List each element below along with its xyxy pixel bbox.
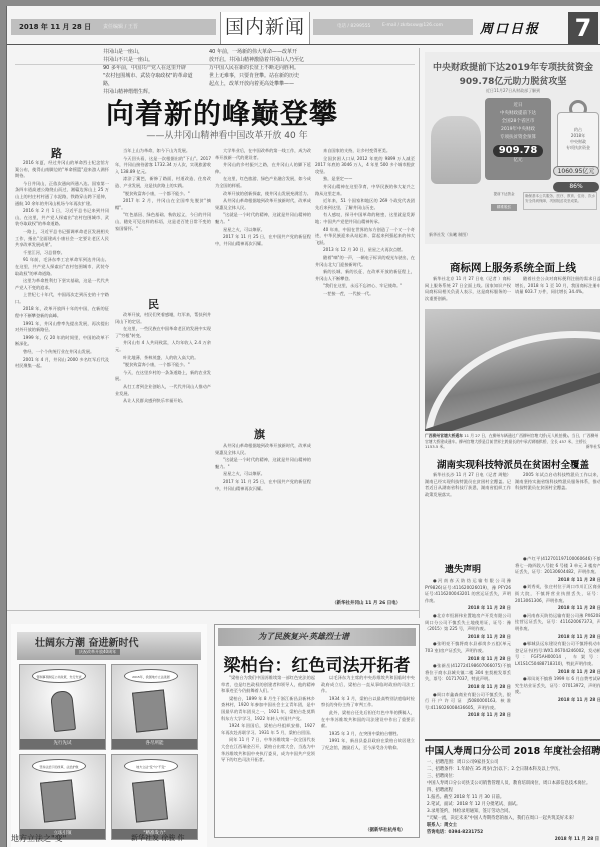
caption-title: 广西柳州官塘大桥通车 xyxy=(425,433,463,438)
notice-date: 2018 年 11 月 28 日 xyxy=(425,605,511,612)
paragraph: "这就是一个时代的精神，这就是井冈山精神的魅力。" xyxy=(215,212,311,225)
paragraph: 这里为革命胜利打下坚实基础，这是一代代共产党人不变的追求。 xyxy=(15,278,109,291)
recruitment-title: 中国人寿周口分公司 2018 年度社会招聘启事 xyxy=(425,743,600,757)
paragraph: 梁柏台，1899 年 8 月生于浙江新昌县新林乡查林村，1920 年参加中国社会… xyxy=(221,696,315,722)
side-line: 专项扶贫资金 xyxy=(558,145,598,151)
notices-column-2: ●卢红平(412701197100060646)不慎将七一路四段八号院 6 号楼… xyxy=(515,556,600,736)
notices-column-1: ●河南春天防伪运输有限公司豫 PY9826(证号:411620026019)，豫… xyxy=(425,578,511,736)
comic-banner: 壮阔东方潮 奋进新时代 庆祝改革开放40周年 xyxy=(17,632,201,660)
panel-caption: 各尽所能 xyxy=(112,739,197,749)
recruitment-line: 四、招聘流程 xyxy=(427,787,599,794)
paragraph: 随着社会公众对商标便利注册的需求日益增长，2018 年 1 至 10 月，我国商… xyxy=(515,276,600,296)
lead-line: 起点上，改革开放向着更高处攀攀—— xyxy=(209,80,309,88)
paragraph: 井冈山有 4 人共同致富，人均年收入 2.4 万余元。 xyxy=(115,340,211,353)
paragraph: "脱贫致富奔小康，一个都不能少。" xyxy=(115,362,211,369)
lead-line: 40 年前，一场新的伟大革命——改革开 xyxy=(209,48,309,56)
card-line: 专项扶贫资金预算 xyxy=(485,134,551,142)
paragraph: 此外，梁柏台还先后担任红色中华的撰稿人，在中华苏维埃共和国的司法建设中作出了重要… xyxy=(321,710,415,730)
notice-item: ●河南春天防伪运输有限公司豫 PY9826(证号:411620026019)，豫… xyxy=(425,578,511,604)
row-divider xyxy=(7,610,419,611)
paragraph: 近年来，51 个国家和地区的 269 个政党代表团先后来到这里，了解井冈山历史。 xyxy=(315,198,415,211)
law-book-icon xyxy=(132,779,168,822)
speech-bubble: 管制事项制定公共政策，先行先试 xyxy=(32,669,86,683)
section-head-flag: 旗 xyxy=(254,426,265,442)
stamp-icon xyxy=(50,690,76,732)
lead-paragraph-right: 40 年前，一场新的伟大革命——改革开 放开启。井冈山精神激励着井冈山人乃至亿 … xyxy=(209,48,309,88)
paragraph: 叶比地薄、茶林茂盛、人的收入高大的。 xyxy=(115,355,211,362)
paragraph: 1991 年，井冈山曾率先提出发展，再次提出对外开放的新路径。 xyxy=(15,321,109,334)
paragraph: 今天回头看，这是一次根据出的"下山"。2017 年，井冈山接待游客 1732.3… xyxy=(115,156,211,176)
paragraph: 91 年前，毛泽东率工农革命军到达井冈山。在这里，共产党人探索出"农村包围城市、… xyxy=(15,257,109,277)
infographic-note: 近日11月27日从财政部了解到 xyxy=(425,88,600,94)
paragraph: "这就是一个时代的精神，这就是井冈山精神的魅力。" xyxy=(215,457,311,470)
lead-line: 万中国人民在新的长征上不断走向胜利。 xyxy=(209,64,309,72)
comic-panel-3: 坚持法治下的改革，法治护航 立法引领 xyxy=(19,754,106,840)
paragraph: 2018 年，改革开放四十年的中国，在新的征程中不断攀登新的高峰。 xyxy=(15,306,109,319)
header-divider xyxy=(7,44,600,45)
amount-value: 909.78 xyxy=(493,145,544,157)
paragraph: 随着"嘀"的一声，一辆电子标识的观光车驶出，在井冈山北大门迎接新时代。 xyxy=(315,255,415,268)
recruitment-line: 2.笔试、面试：2018 年 12 月分批笔试、面试。 xyxy=(427,801,599,808)
paragraph: 曾经，一个个传统行业在井冈山发展。 xyxy=(15,349,109,356)
notice-date: 2018 年 11 月 28 日 xyxy=(515,577,600,584)
paragraph: "梁柏台为我们中国苏维埃第一部红色宪法的起草者，也是红色政权的创建者和领导人，他… xyxy=(221,675,315,695)
trademark-headline: 商标网上服务系统全面上线 xyxy=(425,260,600,275)
notice-date: 2018 年 11 月 28 日 xyxy=(425,656,511,663)
speech-bubble: 坚持法治下的改革，法治护航 xyxy=(32,759,86,773)
total-fund-pill: 1060.95亿元 xyxy=(553,166,599,176)
liang-baitai-article: 为了民族复兴·英雄烈士谱 梁柏台：红色司法开拓者 "梁柏台为我们中国苏维埃第一部… xyxy=(214,624,420,838)
advance-fund-label: 提前下达资金 xyxy=(489,192,519,197)
notice-item: ●周口市鑫森商业有限公司不慎丢失，银行开户许可证 J5080000163, 核准… xyxy=(425,692,511,712)
paragraph: 有人感叹，探寻中国革命的秘密，这里就是发源地；中国共产党把井冈山精神传承。 xyxy=(315,212,415,225)
paragraph: 在这里，一些民族在中国革命老区的发展中实现了"穷根"转变。 xyxy=(115,326,211,339)
paragraph: 2017 年 11 月 25 日，在中国共产党的新征程中，井冈山精神再次闪耀。 xyxy=(215,234,311,247)
lead-line: 放开启。井冈山精神激励着井冈山人乃至亿 xyxy=(209,56,309,64)
section-title: 国内新闻 xyxy=(220,12,310,44)
notice-item: ●张明亮不慎将商水县郝岗乡五组(单元 703 室)房产证丢失，声明作废。 xyxy=(425,641,511,654)
hunan-column-2: 2005 年试点启动科技特派员工作以来，湖南坚持实施省级科技特派员服务体系，推动… xyxy=(515,472,600,552)
card-line: 2019年中央财政 xyxy=(485,126,551,134)
recruitment-line: "天赋一流，决定未来"中国人寿期待您的加入，我们在周口一起共筑美好未来！ xyxy=(427,815,599,822)
paragraph: 2017 年 2 月，井冈山在全国率先脱贫"摘帽"。 xyxy=(115,198,211,211)
paragraph: 改革开放的创新探索，使井冈山发展充满活力。 xyxy=(215,191,311,198)
liang-banner: 为了民族复兴·英雄烈士谱 xyxy=(218,628,416,646)
paragraph: 同年 11 月 7 日，中华苏维埃第一次全国代表大会在江西瑞金召开，梁柏台出席大… xyxy=(221,737,315,763)
paragraph: 40 年来，中国在世界的东方创造了一个又一个奇迹，中华民族迎来从站起来、富起来到… xyxy=(315,227,415,247)
notice-date: 2018 年 11 月 28 日 xyxy=(515,634,600,641)
hunan-column-1: 新华社长沙 11 月 27 日电（记者 周勉）湖南已经实现科技特派员在贫困村全覆… xyxy=(425,472,511,552)
paragraph: 全国贫困人口从 2012 年底的 9899 万人减至 2017 年底的 3046… xyxy=(315,156,415,176)
infographic-subtitle: 909.78亿元助力脱贫攻坚 xyxy=(425,74,600,87)
article-byline: （新华社井冈山 11 月 26 日电） xyxy=(332,600,400,606)
infographic-title: 中央财政提前下达2019年专项扶贫资金 xyxy=(425,60,600,73)
section-head-people: 民 xyxy=(148,296,159,312)
column-divider xyxy=(419,48,420,618)
infographic-credit: 新华社发（朱曦 制图） xyxy=(429,232,470,238)
recruitment-line: 中国人寿周口分公司县支公司销售管理人员、教育培训岗位、周口本部信息技术岗位。 xyxy=(427,780,599,787)
recruitment-line: 二、招聘条件：1.年龄在 35 周岁(含)以下；2.全日制本科及以上学历。 xyxy=(427,766,599,773)
article-column-3: 大学毕业后，在中国改革的第一线工作，成为改革开放新一代的建设者。 井冈山的乡村振… xyxy=(215,148,311,423)
article-column-3b: 从井冈山革命根据地到改革开放新时代，改革成果惠及全体人民。 "这就是一个时代的精… xyxy=(215,443,311,613)
notice-item: ●郸城县远东建设有限公司不慎将机动车登记证书(档号:WX1.0670424600… xyxy=(515,641,600,667)
liang-byline: （据新华社杭州电） xyxy=(365,827,406,833)
precision-tag: 精准脱贫 xyxy=(491,204,517,211)
recruitment-line: 一、招聘范围：周口公司9家县支公司 xyxy=(427,759,599,766)
newspaper-logo: 周口日报 xyxy=(480,18,540,37)
law-book-icon xyxy=(132,689,168,732)
notice-item: ●刘秀英，张庄村位于周口市川汇区商业街大院，不慎将营业执照丢失，证号：20130… xyxy=(515,584,600,604)
article-column-4: 来自国家的支持，让乡村变得更美。 全国贫困人口从 2012 年底的 9899 万… xyxy=(315,148,415,598)
lead-line: 井冈山是一座山， xyxy=(103,48,198,56)
paragraph: 一路上，习近平总书记强调革命老区发展相关工作，指出"全面建成小康社会一定要让老区… xyxy=(15,229,109,249)
lead-frame-rule xyxy=(15,64,415,65)
paragraph: 漆涂了篱笆，新修了路面，村道改造、住房改造、产业发展，这是扶贫路上的实践。 xyxy=(115,176,211,189)
paragraph: 新华社长沙 11 月 27 日电（记者 周勉）湖南已经实现科技特派员在贫困村全覆… xyxy=(425,472,511,498)
notice-date: 2018 年 11 月 28 日 xyxy=(515,669,600,676)
speech-bubble: 地方立法"变"与"不变" xyxy=(124,759,178,773)
article-column-1: 2016 年夏，经过井冈山的革命烈士纪念馆方案公布，使得山南脚边的"革命摇篮"迎… xyxy=(15,160,109,615)
notice-date: 2018 年 11 月 28 日 xyxy=(515,605,600,612)
law-book-icon xyxy=(40,779,76,822)
lost-notice-title: 遗失声明 xyxy=(445,562,481,575)
infographic-main-card: 近日 中央财政提前下达 全国28个省区市 2019年中央财政 专项扶贫资金预算 … xyxy=(485,98,551,180)
paragraph: "红色基因、绿色基础、秋收起义，今日的井冈山，随处可见这样的标语，这是老百姓日常… xyxy=(115,212,211,232)
comic-credit: 新华社发 徐骏 作 xyxy=(131,833,184,843)
paragraph: 在这里，红色旅游、绿色产业融合发展，如今成为全国的样板。 xyxy=(215,176,311,189)
trademark-column-2: 随着社会公众对商标便利注册的需求日益增长，2018 年 1 至 10 月，我国商… xyxy=(515,276,600,308)
paragraph: 星星之火，可以燎原。 xyxy=(215,227,311,234)
liang-headline: 梁柏台：红色司法开拓者 xyxy=(215,651,419,676)
contact-email: E-mail / zkrbsxw@126.com xyxy=(382,23,443,28)
paragraph: 星星之火，可以燎原。 xyxy=(215,471,311,478)
paragraph: 大学毕业后，在中国改革的第一线工作，成为改革开放新一代的建设者。 xyxy=(215,148,311,161)
lead-line: 世上无难事，只要肯登攀。站在新的历史 xyxy=(209,72,309,80)
lead-line: "农村包围城市、武装夺取政权"的革命道路， xyxy=(103,72,198,88)
paragraph: "脱贫致富奔小康，一个都不能少。" xyxy=(115,191,211,198)
comic-panel-1: 管制事项制定公共政策，先行先试 先行先试 xyxy=(19,664,106,750)
page-header: 2018 年 11 月 28 日 责任编辑 / 王晋 国内新闻 电话 / 829… xyxy=(7,6,600,44)
main-headline: 向着新的峰巅登攀 xyxy=(97,92,347,132)
notice-item: ●河南春天防伪运输有限公司豫 PX6208 挂营运证丢失，证号：41162006… xyxy=(515,613,600,633)
paragraph: 2016 年夏，经过井冈山的革命烈士纪念馆方案公布，使得山南脚边的"革命摇篮"迎… xyxy=(15,160,109,180)
lead-line: 井冈山不只是一座山。 xyxy=(103,56,198,64)
infographic-footnote: 确保基本公共服务、医疗、教育、住房、饮水安全得到保障，巩固脱贫攻坚成果。 xyxy=(523,192,597,210)
paragraph: 从井冈山革命根据地到改革开放新时代，改革成果惠及全体人民。 xyxy=(215,198,311,211)
notice-item: ●邓凤英不慎将 1999 年 6 月自费考试研究生结业证丢失，证号：070139… xyxy=(515,676,600,696)
paragraph: 从让人民群众感到快乐幸福开始。 xyxy=(115,398,211,405)
comic-banner-subtitle: 庆祝改革开放40周年 xyxy=(75,649,120,655)
lead-line: 90 多年前，中国共产党人在这里开辟 xyxy=(103,64,198,72)
article-column-2a: 当年上山为革命，如今下山为发展。 今天回头看，这是一次根据出的"下山"。2017… xyxy=(115,148,211,291)
comic-panel-4: 地方立法"变"与"不变" "精准发力" xyxy=(111,754,198,840)
speech-bubble: 2015年，我国地方立法进展 xyxy=(124,669,178,683)
paragraph: 2017 年 11 月 25 日，在中国共产党的新征程中，井冈山精神再次闪耀。 xyxy=(215,479,311,492)
newspaper-page: 2018 年 11 月 28 日 责任编辑 / 王晋 国内新闻 电话 / 829… xyxy=(6,6,600,847)
infographic-side-card: 约占 2018年 中央财政 专项扶贫资金 xyxy=(557,112,599,170)
recruitment-contact: 联系人：周女士 xyxy=(427,822,599,829)
paragraph: 来自国家的支持，让乡村变得更美。 xyxy=(315,148,415,155)
recruitment-line: 3.录用签约，体检录用通知，签订劳动合同。 xyxy=(427,808,599,815)
paragraph: 井冈山精神在这里孕育，中华民族的伟大复兴之路从这里走来。 xyxy=(315,184,415,197)
page-number: 7 xyxy=(568,12,598,44)
contact-phone: 电话 / 8299555 xyxy=(337,23,370,29)
comic-strip: 壮阔东方潮 奋进新时代 庆祝改革开放40周年 管制事项制定公共政策，先行先试 先… xyxy=(11,624,207,847)
poverty-fund-infographic: 中央财政提前下达2019年专项扶贫资金 909.78亿元助力脱贫攻坚 近日11月… xyxy=(425,52,600,244)
paragraph: 当年上山为革命，如今下山为发展。 xyxy=(115,148,211,155)
paragraph: 一茬接一茬，一代接一代。 xyxy=(315,291,415,298)
comic-title: 地方立法之"变" xyxy=(11,833,66,844)
comic-banner-title: 壮阔东方潮 奋进新时代 xyxy=(35,634,138,649)
notice-item: ●北京市恒源伟业置地房产开发有限公司周口分公司不慎丢失土地使用证，证号：豫（20… xyxy=(425,613,511,633)
paragraph: 新的长城、新的长征、在改革开放的新征程上，井冈山人不断攀登。 xyxy=(315,269,415,282)
editor-credit: 责任编辑 / 王晋 xyxy=(103,23,138,30)
comic-panel-2: 2015年，我国地方立法进展 各尽所能 xyxy=(111,664,198,750)
notice-date: 2018 年 11 月 28 日 xyxy=(425,634,511,641)
percent-pill: 86% xyxy=(553,182,599,192)
bridge-photo xyxy=(425,309,600,431)
paragraph: 1991 年，新昌县委县政府在梁柏台故居建立了纪念馆，激励后人，至今深受各方敬仰… xyxy=(321,738,415,751)
liang-column-1: "梁柏台为我们中国苏维埃第一部红色宪法的起草者，也是红色政权的创建者和领导人，他… xyxy=(221,675,315,835)
card-line: 全国28个省区市 xyxy=(485,118,551,126)
paragraph: 从井冈山革命根据地到改革开放新时代，改革成果惠及全体人民。 xyxy=(215,443,311,456)
money-bag-icon xyxy=(431,116,481,184)
bridge-photo-caption: 广西柳州官塘大桥通车 11 月 27 日，在柳州车辆通过广西柳州官塘大桥(无人机… xyxy=(425,433,600,450)
card-line: 中央财政提前下达 xyxy=(485,110,551,118)
paragraph: 今日井冈山，正依次通向四通八达。国家第一条四车道高速公路绕山而过，湘赣边界山上 … xyxy=(15,181,109,207)
notice-date: 2018 年 11 月 28 日 xyxy=(425,684,511,691)
lead-paragraph-left: 井冈山是一座山， 井冈山不只是一座山。 90 多年前，中国共产党人在这里开辟 "… xyxy=(103,48,198,96)
notice-date: 2018 年 11 月 28 日 xyxy=(425,712,511,719)
recruitment-phone: 咨询电话：0394-8231752 xyxy=(427,829,599,836)
main-subheadline: ——从井冈山精神看中国改革开放 40 年 xyxy=(127,128,327,141)
paragraph: 千里江河，习总督察。 xyxy=(15,250,109,257)
paragraph: 1934 年 3 月，梁柏台以最高特别法庭临时检察长的身份主持了审判工作。 xyxy=(321,696,415,709)
recruitment-line: 三、招聘岗位： xyxy=(427,773,599,780)
recruitment-body: 一、招聘范围：周口公司9家县支公司 二、招聘条件：1.年龄在 35 周岁(含)以… xyxy=(427,759,599,843)
paragraph: 井冈山的乡村振兴之路，在井冈山人的脚下延伸。 xyxy=(215,162,311,175)
section-head-road: 路 xyxy=(51,145,62,161)
liang-banner-text: 为了民族复兴·英雄烈士谱 xyxy=(258,631,349,642)
paragraph: 2016 年 2 月 1 日，习近平总书记来到井冈山，在这里，共产党人探索出"农… xyxy=(15,208,109,228)
paragraph: 独，是坚定—— xyxy=(315,176,415,183)
paragraph: 2013 年 12 月 30 日，星星之火再次点燃。 xyxy=(315,247,415,254)
notice-item: ●张新岳(412724198607066075)不慎将位于商水县城关镇二楼 30… xyxy=(425,663,511,683)
paragraph: 2001 年 4 月，井冈山 2000 多名红军后代及村民聚集一起。 xyxy=(15,357,109,370)
liang-column-2: 以毛泽东为主席的中央苏维埃共和国临时中央政府成立后，梁柏台一直从事临时政府的司法… xyxy=(321,675,415,825)
panel-caption: 先行先试 xyxy=(20,739,105,749)
paragraph: 1924 年回国后，梁柏台经组织安排，1927 年再次赴苏联学习。1931 年 … xyxy=(221,723,315,736)
paragraph: 2005 年试点启动科技特派员工作以来，湖南坚持实施省级科技特派员服务体系，推动… xyxy=(515,472,600,492)
paragraph: 以毛泽东为主席的中央苏维埃共和国临时中央政府成立后，梁柏台一直从事临时政府的司法… xyxy=(321,675,415,695)
paragraph: 上世纪七十年代，中国再次走到历史的十字路口。 xyxy=(15,292,109,305)
paragraph: 今天，在这里乡村的一条条道路上，新的农业发展。 xyxy=(115,370,211,383)
recruitment-line: 1.报名。截至 2018 年 11 月 30 日前。 xyxy=(427,794,599,801)
paragraph: 新华社北京 11 月 27 日电（记者 ）商标网上服务系统 27 日全面上线。国… xyxy=(425,276,511,302)
trademark-column-1: 新华社北京 11 月 27 日电（记者 ）商标网上服务系统 27 日全面上线。国… xyxy=(425,276,511,308)
paragraph: 1999 年，仅 20 年的时间里，中国的改革不断深化。 xyxy=(15,335,109,348)
card-line: 近日 xyxy=(485,102,551,110)
paragraph: 改革开放，村民们笑着感谢，红军来，帮扶到井冈山下的定居。 xyxy=(115,312,211,325)
issue-date: 2018 年 11 月 28 日 xyxy=(19,22,91,32)
hunan-headline: 湖南实现科技特派员在贫困村全覆盖 xyxy=(425,457,600,471)
amount-unit: 亿元 xyxy=(485,157,551,165)
paragraph: 1935 年 3 月，在突围中梁柏台牺牲。 xyxy=(321,731,415,738)
photo-credit: 新华社发 xyxy=(586,444,600,450)
paragraph: 从打工者到企业创始人，一代代井冈山人推动产业发展。 xyxy=(115,384,211,397)
notice-item: ●卢红平(412701197100060646)不慎将七一路四段八号院 6 号楼… xyxy=(515,556,600,576)
notice-date: 2018 年 11 月 28 日 xyxy=(515,697,600,704)
paragraph: "我们在这里，永远不忘初心、牢记使命。" xyxy=(315,283,415,290)
article-column-2b: 改革开放，村民们笑着感谢，红军来，帮扶到井冈山下的定居。 在这里，一些民族在中国… xyxy=(115,312,211,612)
recruitment-date: 2018 年 11 月 28 日 xyxy=(427,836,599,843)
